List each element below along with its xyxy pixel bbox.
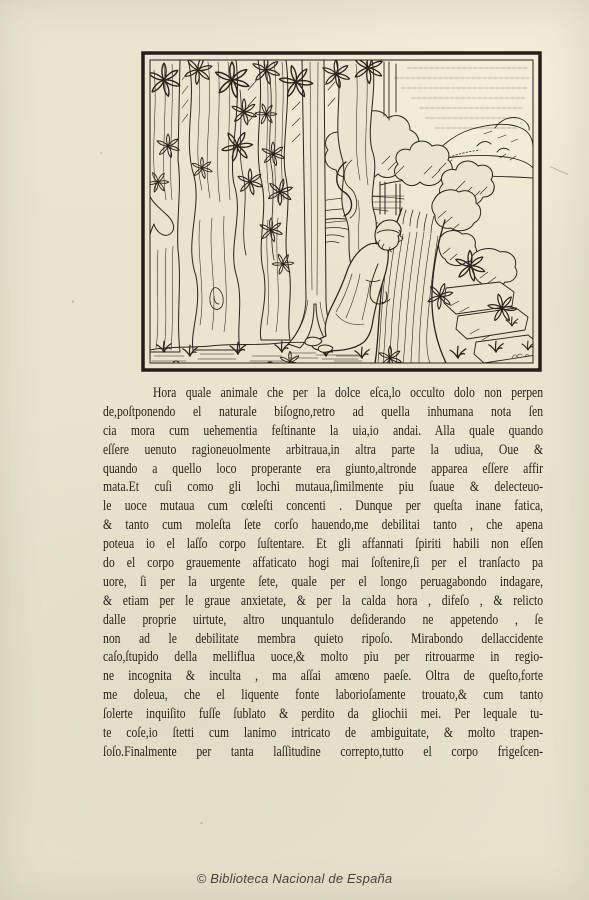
woodcut-illustration: Woodcut illustration: a man kneels besid… xyxy=(140,50,543,373)
text-line: eſſere uenuto ragioneuolmente arbitraua,… xyxy=(103,441,543,460)
paper-scratch xyxy=(550,166,569,175)
text-line: ne incognita & inculta , ma aſſai amœno … xyxy=(103,667,543,686)
text-line: & tanto cum moleſta ſete corſo hauendo,m… xyxy=(103,516,543,535)
paper-speck xyxy=(540,700,542,702)
text-line: caſo,ſtupido della melliflua uoce,& molt… xyxy=(103,648,543,667)
book-page: Woodcut illustration: a man kneels besid… xyxy=(0,0,589,900)
text-line: dalle proprie uirtute, altro unquantulo … xyxy=(103,611,543,630)
paper-speck xyxy=(520,122,522,124)
text-line: te coſe,io ſtetti cum lanimo intricato d… xyxy=(103,724,543,743)
text-line: Hora quale animale che per la dolce eſca… xyxy=(103,384,543,403)
text-line: non ad le debilitate membra quieto ripoſ… xyxy=(103,630,543,649)
text-line: le uoce mutaua cum cœleſti concenti . Du… xyxy=(103,497,543,516)
text-line: me doleua, che el liquente fonte laborio… xyxy=(103,686,543,705)
text-line: quando a quello loco properante era giun… xyxy=(103,460,543,479)
text-line: de,poſtponendo el naturale biſogno,retro… xyxy=(103,403,543,422)
paper-speck xyxy=(200,822,203,824)
text-line: mata.Et cuſi como gli lochi mutaua,ſimil… xyxy=(103,478,543,497)
body-text: Hora quale animale che per la dolce eſca… xyxy=(103,384,543,762)
copyright-watermark: © Biblioteca Nacional de España xyxy=(0,871,589,886)
text-line: ſoſo.Finalmente per tanta laſſitudine co… xyxy=(103,743,543,762)
text-line: poteua io el laſſo corpo ſuſtentare. Et … xyxy=(103,535,543,554)
text-line: uore, ſi per la urgente ſete, quale per … xyxy=(103,573,543,592)
paper-speck xyxy=(100,152,102,154)
paper-speck xyxy=(420,642,422,644)
rocky-bank xyxy=(424,190,538,363)
text-line: ſolerte inquiſito fuſſe ſublato & perdit… xyxy=(103,705,543,724)
paper-speck xyxy=(72,300,74,303)
text-line: & etiam per le graue anxietate, & per la… xyxy=(103,592,543,611)
text-line: cia mora cum uehementia feſtinante la ui… xyxy=(103,422,543,441)
text-line: do el corpo grauemente affaticato hogi m… xyxy=(103,554,543,573)
page-bleedthrough xyxy=(395,68,528,128)
